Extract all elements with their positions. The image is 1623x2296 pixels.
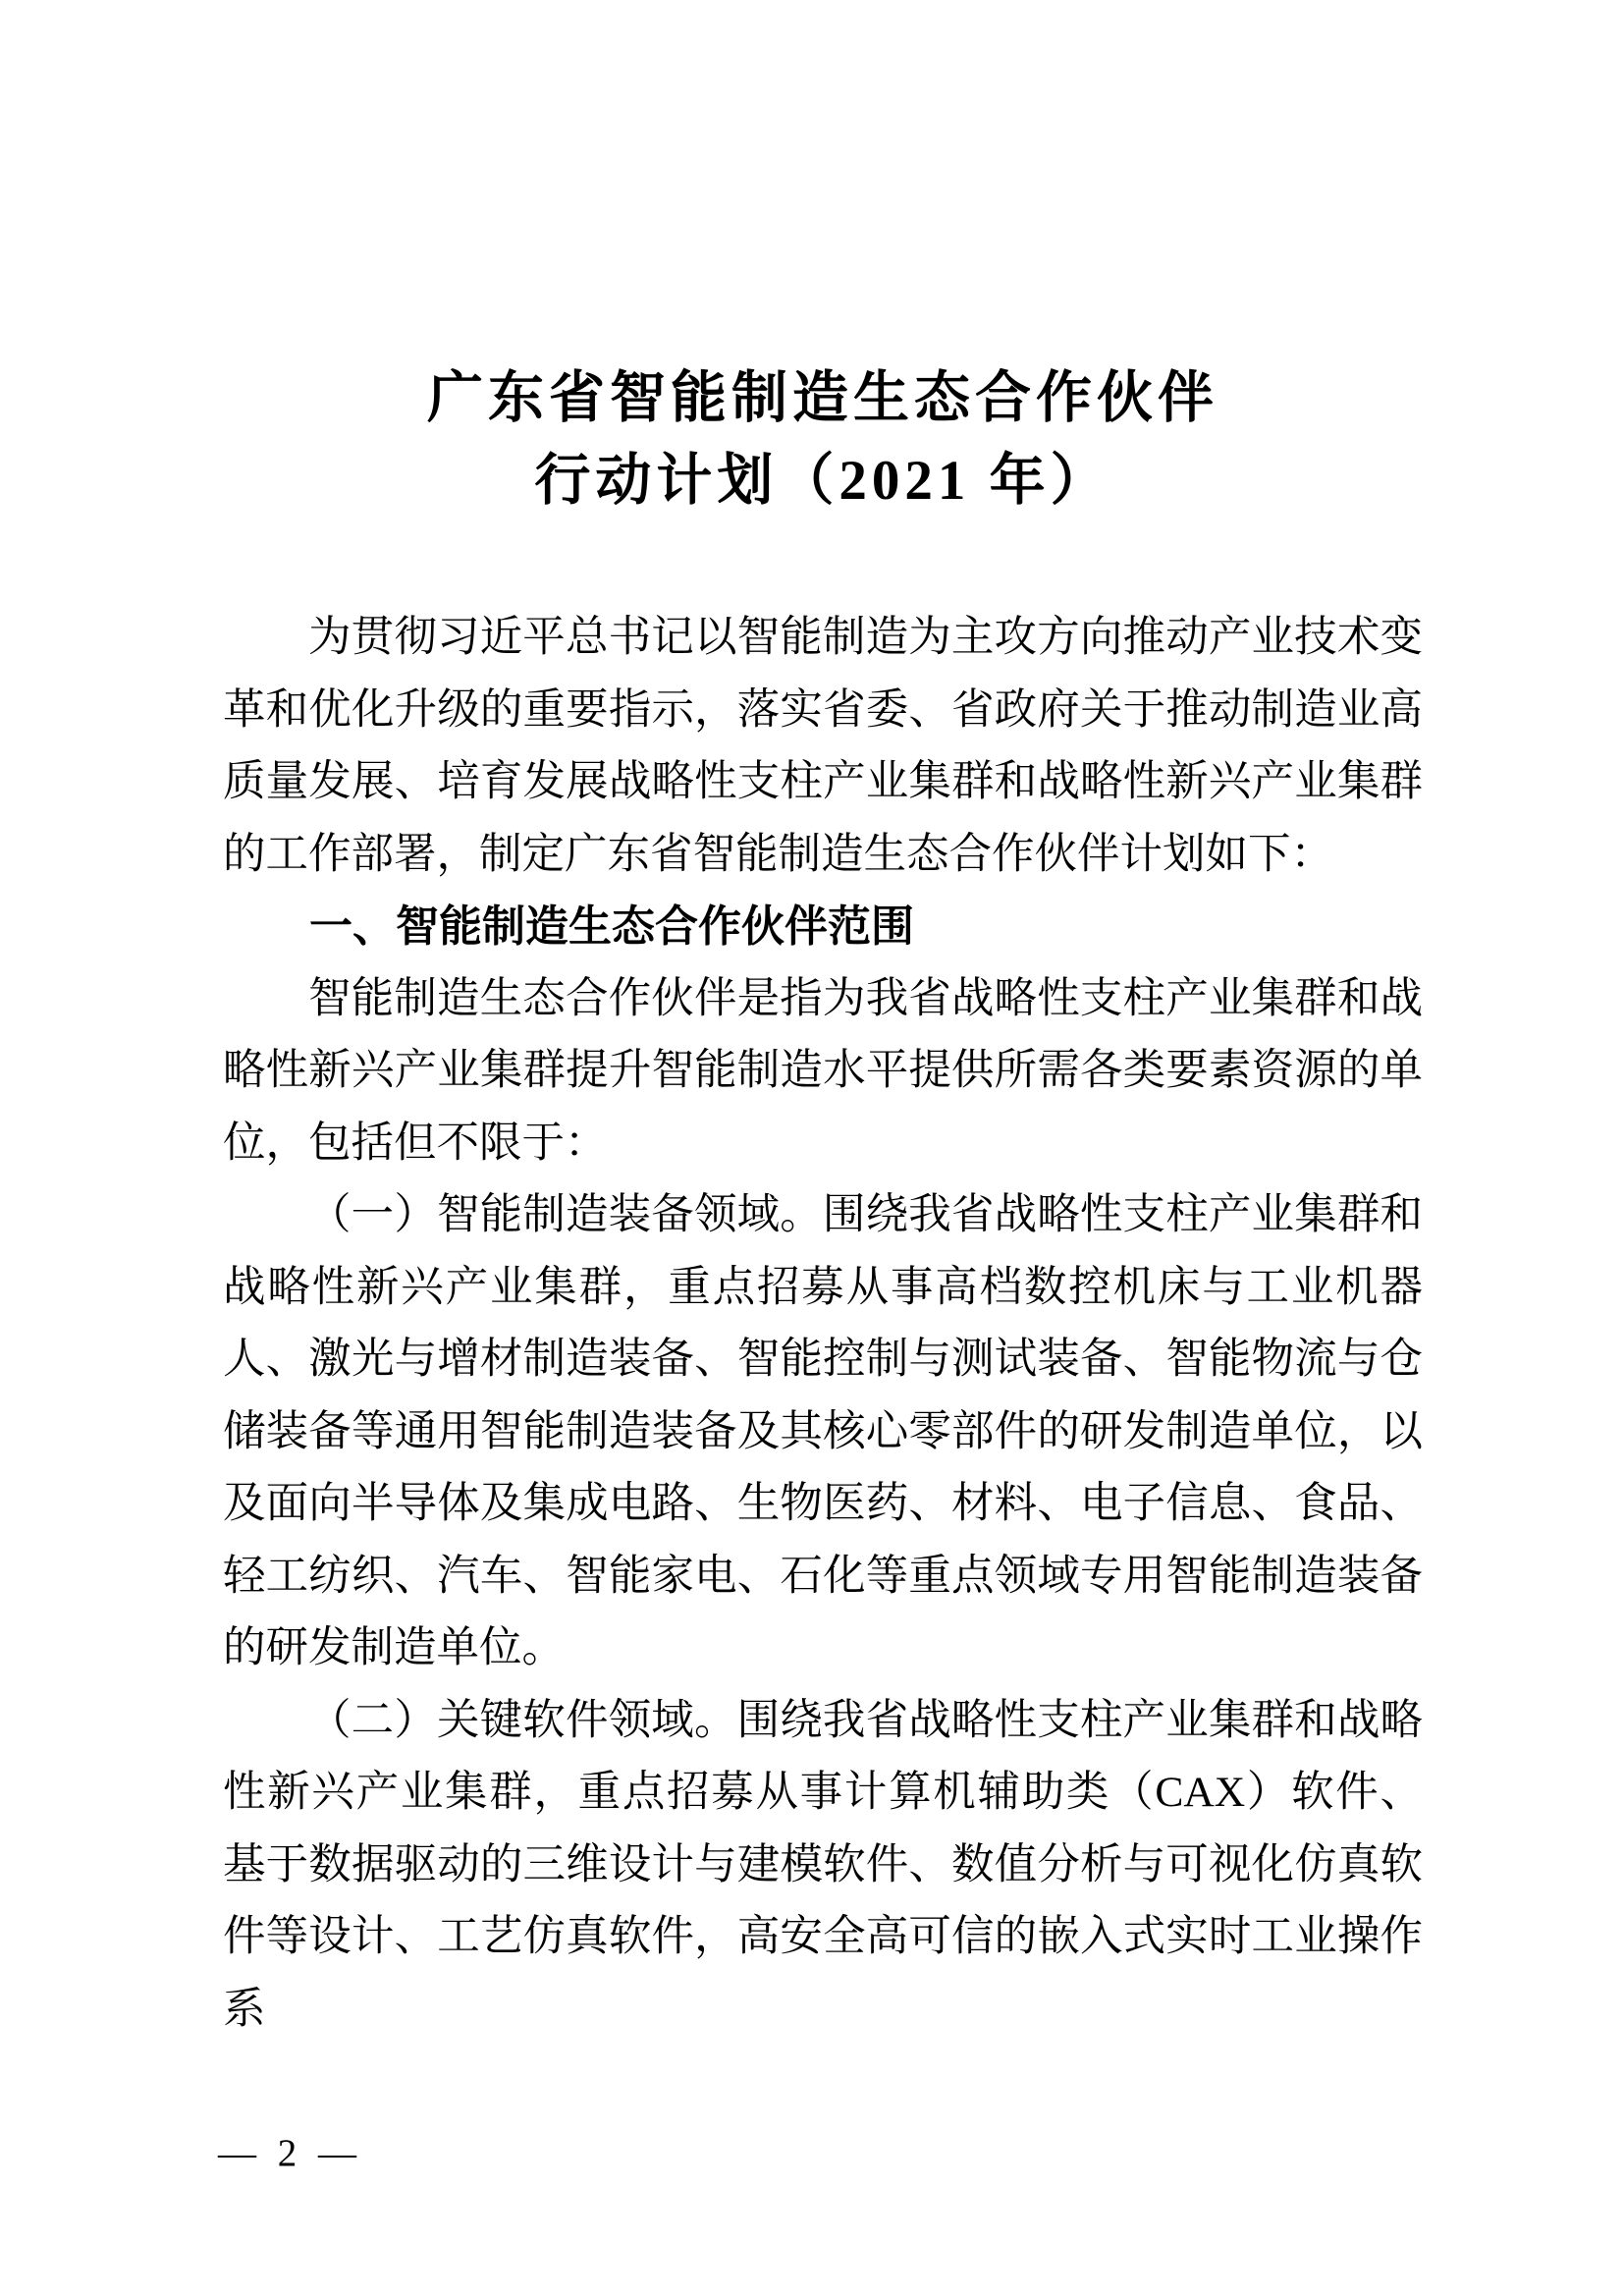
paragraph-item-2-software: （二）关键软件领域。围绕我省战略性支柱产业集群和战略性新兴产业集群，重点招募从事… [223,1685,1423,2047]
page-number: — 2 — [218,2131,362,2175]
document-title: 广东省智能制造生态合作伙伴 行动计划（2021 年） [223,357,1423,522]
document-body: 为贯彻习近平总书记以智能制造为主攻方向推动产业技术变革和优化升级的重要指示，落实… [223,602,1423,2046]
document-page: 广东省智能制造生态合作伙伴 行动计划（2021 年） 为贯彻习近平总书记以智能制… [0,0,1623,2296]
paragraph-intro: 为贯彻习近平总书记以智能制造为主攻方向推动产业技术变革和优化升级的重要指示，落实… [223,602,1423,891]
section-heading-partner-scope: 一、智能制造生态合作伙伴范围 [223,891,1423,963]
paragraph-scope-definition: 智能制造生态合作伙伴是指为我省战略性支柱产业集群和战略性新兴产业集群提升智能制造… [223,963,1423,1180]
document-title-line-2: 行动计划（2021 年） [223,440,1423,522]
document-title-line-1: 广东省智能制造生态合作伙伴 [223,357,1423,440]
paragraph-item-1-equipment: （一）智能制造装备领域。围绕我省战略性支柱产业集群和战略性新兴产业集群，重点招募… [223,1179,1423,1685]
